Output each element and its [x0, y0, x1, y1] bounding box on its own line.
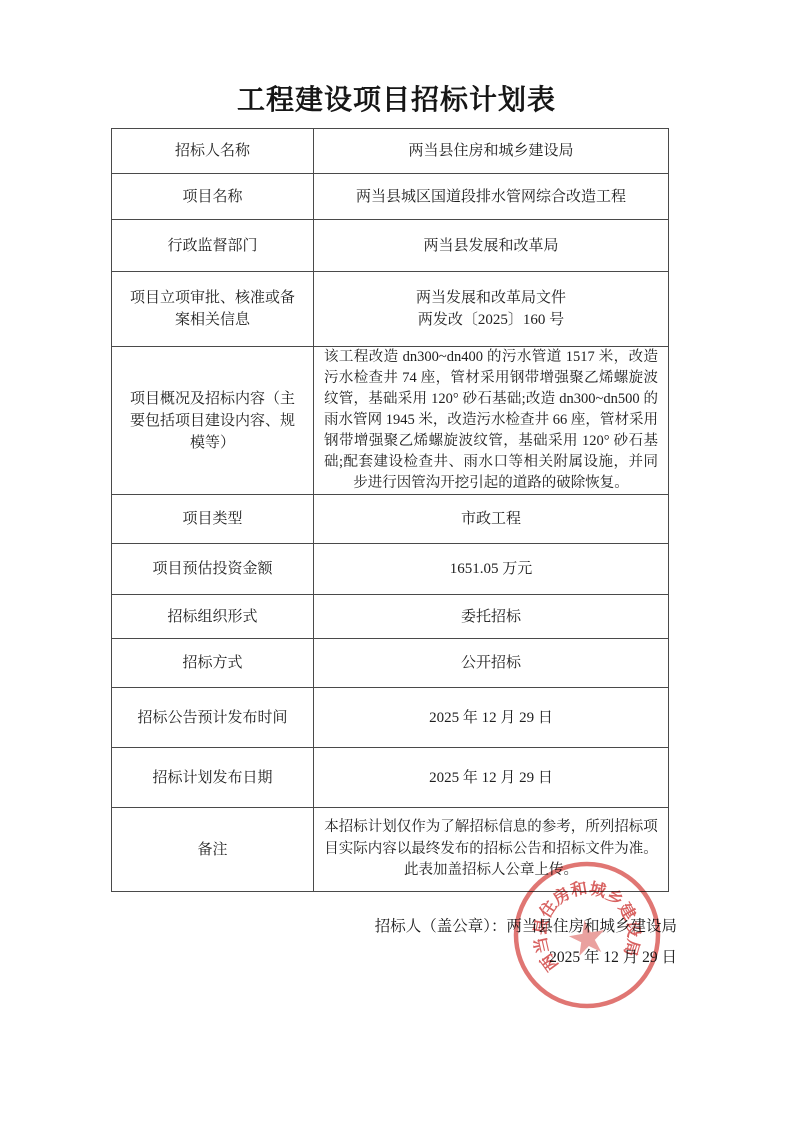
row-label-cell: 备注 [112, 808, 314, 891]
document-page: 工程建设项目招标计划表 招标人名称 两当县住房和城乡建设局 项目名称 两当县城区… [0, 0, 793, 1121]
table-row: 招标人名称 两当县住房和城乡建设局 [112, 129, 668, 173]
row-value-cell: 两当发展和改革局文件 两发改〔2025〕160 号 [314, 272, 668, 346]
row-value-cell: 该工程改造 dn300~dn400 的污水管道 1517 米，改造污水检查井 7… [314, 347, 668, 494]
row-value-cell: 1651.05 万元 [314, 544, 668, 594]
row-value-cell: 公开招标 [314, 639, 668, 687]
signature-line: 招标人（盖公章）：两当县住房和城乡建设局 [375, 911, 677, 942]
table-row: 项目类型 市政工程 [112, 494, 668, 543]
row-value-cell: 两当县发展和改革局 [314, 220, 668, 271]
row-label-cell: 项目概况及招标内容（主要包括项目建设内容、规模等） [112, 347, 314, 494]
row-label-cell: 招标方式 [112, 639, 314, 687]
row-label-cell: 项目名称 [112, 174, 314, 219]
row-value-cell: 两当县城区国道段排水管网综合改造工程 [314, 174, 668, 219]
project-overview-text: 该工程改造 dn300~dn400 的污水管道 1517 米，改造污水检查井 7… [324, 347, 658, 494]
table-row: 项目立项审批、核准或备案相关信息 两当发展和改革局文件 两发改〔2025〕160… [112, 271, 668, 346]
row-label-cell: 招标公告预计发布时间 [112, 688, 314, 747]
table-row: 备注 本招标计划仅作为了解招标信息的参考，所列招标项目实际内容以最终发布的招标公… [112, 807, 668, 891]
row-label-cell: 行政监督部门 [112, 220, 314, 271]
row-label-cell: 项目类型 [112, 495, 314, 543]
signature-block: 招标人（盖公章）：两当县住房和城乡建设局 2025 年 12 月 29 日 [375, 911, 677, 973]
signature-date: 2025 年 12 月 29 日 [375, 942, 677, 973]
row-label-cell: 项目立项审批、核准或备案相关信息 [112, 272, 314, 346]
page-title: 工程建设项目招标计划表 [0, 78, 793, 118]
row-value-cell: 市政工程 [314, 495, 668, 543]
row-value-cell: 2025 年 12 月 29 日 [314, 688, 668, 747]
row-label-cell: 招标人名称 [112, 129, 314, 173]
table-row: 行政监督部门 两当县发展和改革局 [112, 219, 668, 271]
table-row: 项目名称 两当县城区国道段排水管网综合改造工程 [112, 173, 668, 219]
table-row: 招标组织形式 委托招标 [112, 594, 668, 638]
table-row: 项目概况及招标内容（主要包括项目建设内容、规模等） 该工程改造 dn300~dn… [112, 346, 668, 494]
table-row: 招标公告预计发布时间 2025 年 12 月 29 日 [112, 687, 668, 747]
bidding-plan-table: 招标人名称 两当县住房和城乡建设局 项目名称 两当县城区国道段排水管网综合改造工… [111, 128, 669, 892]
remarks-text: 本招标计划仅作为了解招标信息的参考，所列招标项目实际内容以最终发布的招标公告和招… [324, 817, 658, 882]
row-value-cell: 两当县住房和城乡建设局 [314, 129, 668, 173]
row-value-cell: 委托招标 [314, 595, 668, 638]
table-row: 招标计划发布日期 2025 年 12 月 29 日 [112, 747, 668, 807]
row-value-cell: 2025 年 12 月 29 日 [314, 748, 668, 807]
row-label-cell: 招标计划发布日期 [112, 748, 314, 807]
row-label-cell: 项目预估投资金额 [112, 544, 314, 594]
row-label-cell: 招标组织形式 [112, 595, 314, 638]
table-row: 项目预估投资金额 1651.05 万元 [112, 543, 668, 594]
table-row: 招标方式 公开招标 [112, 638, 668, 687]
row-value-cell: 本招标计划仅作为了解招标信息的参考，所列招标项目实际内容以最终发布的招标公告和招… [314, 808, 668, 891]
